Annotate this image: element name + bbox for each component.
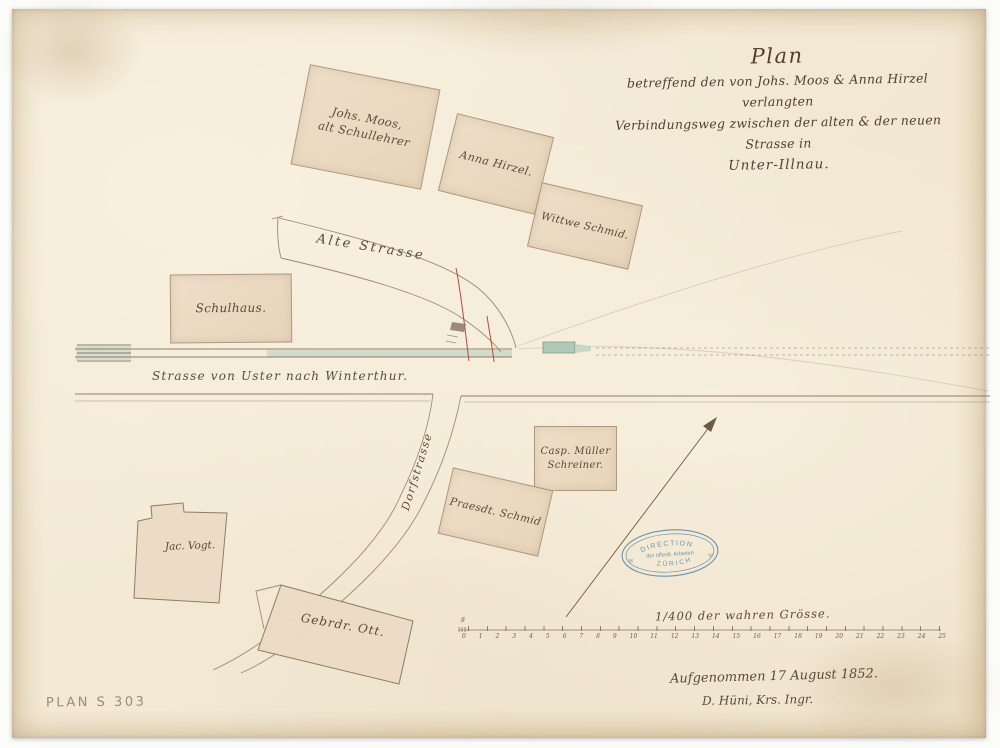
scale-tick-marks bbox=[468, 626, 941, 631]
scale-tick-number: 7 bbox=[579, 633, 583, 640]
scale-tick-number: 15 bbox=[733, 633, 741, 640]
scale-tick-number: 24 bbox=[918, 633, 926, 640]
proposed-verbindungsweg-red-lines bbox=[456, 268, 494, 362]
building-mueller-label-line1: Casp. Müller bbox=[540, 445, 610, 459]
plan-title: Plan bbox=[591, 41, 963, 71]
scale-tick-number: 23 bbox=[897, 633, 905, 640]
scale-tick-number: 0 bbox=[462, 633, 466, 640]
scale-tick-number: 14 bbox=[712, 633, 720, 640]
scale-tick-number: 8 bbox=[596, 633, 600, 640]
scale-left-mark: 8 bbox=[461, 617, 465, 624]
building-mueller-label-line2: Schreiner. bbox=[540, 459, 610, 473]
scale-tick-number: 12 bbox=[671, 633, 679, 640]
scale-tick-number: 21 bbox=[856, 633, 864, 640]
scale-tick-number: 3 bbox=[512, 633, 516, 640]
building-schulhaus: Schulhaus. bbox=[170, 273, 293, 343]
scale-tick-numbers: 0123456789101112131415161718192021222324… bbox=[462, 633, 946, 640]
scale-tick-number: 20 bbox=[835, 633, 843, 640]
archive-number: PLAN S 303 bbox=[46, 695, 146, 711]
scale-tick-number: 10 bbox=[630, 633, 638, 640]
building-vogt-outline bbox=[134, 503, 227, 603]
scale-tick-number: 9 bbox=[613, 633, 617, 640]
scale-tick-number: 22 bbox=[877, 633, 885, 640]
scale-tick-number: 11 bbox=[650, 633, 658, 640]
archive-stamp: DIRECTION der öffentl. Arbeiten ZÜRICH W… bbox=[621, 527, 720, 580]
stamp-side-left: W bbox=[628, 559, 634, 565]
scale-tick-number: 2 bbox=[496, 633, 500, 640]
scale-tick-number: 6 bbox=[563, 633, 567, 640]
scale-tick-number: 19 bbox=[815, 633, 823, 640]
scale-tick-number: 18 bbox=[794, 633, 802, 640]
scale-tick-number: 4 bbox=[529, 633, 533, 640]
scale-tick-number: 1 bbox=[479, 633, 483, 640]
scale-tick-number: 13 bbox=[691, 633, 699, 640]
title-line-3: Verbindungsweg zwischen der alten & der … bbox=[592, 109, 965, 157]
road-green-wash bbox=[76, 346, 512, 360]
scale-tick-number: 5 bbox=[546, 633, 550, 640]
building-wittwe-schmid-label: Wittwe Schmid. bbox=[540, 209, 631, 243]
title-block: Plan betreffend den von Johs. Moos & Ann… bbox=[591, 41, 965, 179]
building-schulhaus-label: Schulhaus. bbox=[196, 300, 267, 317]
scale-tick-number: 17 bbox=[774, 633, 782, 640]
title-line-2: betreffend den von Johs. Moos & Anna Hir… bbox=[591, 67, 964, 115]
building-hirzel-label: Anna Hirzel. bbox=[458, 148, 534, 180]
scale-tick-number: 16 bbox=[753, 633, 761, 640]
building-mueller: Casp. Müller Schreiner. bbox=[534, 426, 617, 491]
scanned-plan-page: DIRECTION der öffentl. Arbeiten ZÜRICH W… bbox=[0, 0, 1000, 748]
hauptstrasse-label: Strasse von Uster nach Winterthur. bbox=[152, 369, 408, 383]
scale-tick-number: 25 bbox=[938, 633, 946, 640]
surveyor-signature: D. Hüni, Krs. Ingr. bbox=[702, 692, 813, 708]
building-praes-schmid-label: Praesdt. Schmid bbox=[448, 495, 542, 530]
